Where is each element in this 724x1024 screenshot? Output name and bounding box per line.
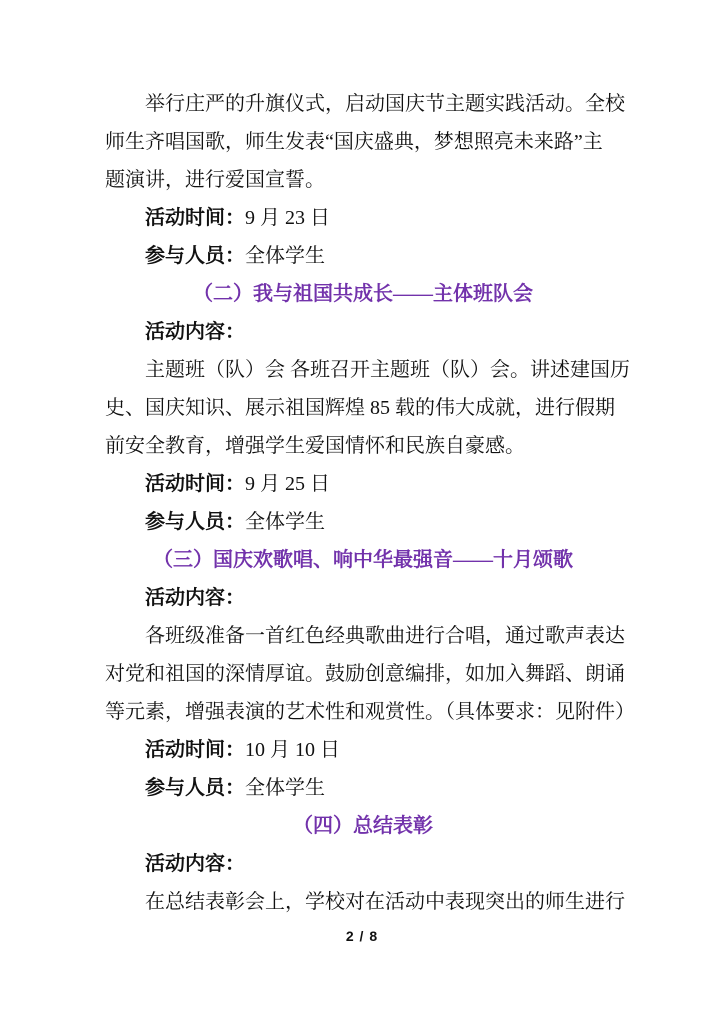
field-label: 活动时间： xyxy=(145,473,245,495)
text-run: 全体学生 xyxy=(245,245,325,267)
text-run: 举行庄严的升旗仪式，启动国庆节主题实践活动。全校 xyxy=(145,93,625,115)
field-line: 活动时间：9 月 25 日 xyxy=(105,465,621,503)
text-run: 全体学生 xyxy=(245,511,325,533)
body-text-line: 对党和祖国的深情厚谊。鼓励创意编排，如加入舞蹈、朗诵 xyxy=(105,655,621,693)
text-run: 10 月 10 日 xyxy=(245,739,340,761)
text-run: 师生齐唱国歌，师生发表“国庆盛典，梦想照亮未来路”主 xyxy=(105,131,603,153)
field-line: 参与人员：全体学生 xyxy=(105,503,621,541)
field-line: 活动时间：9 月 23 日 xyxy=(105,199,621,237)
field-label: 活动内容： xyxy=(145,587,245,609)
text-run: 前安全教育，增强学生爱国情怀和民族自豪感。 xyxy=(105,435,525,457)
field-label: 活动内容： xyxy=(145,321,245,343)
text-run: 主题班（队）会 各班召开主题班（队）会。讲述建国历 xyxy=(145,359,630,381)
field-line: 活动内容： xyxy=(105,845,621,883)
section-heading: （三）国庆欢歌唱、响中华最强音——十月颂歌 xyxy=(105,541,621,579)
text-run: 各班级准备一首红色经典歌曲进行合唱，通过歌声表达 xyxy=(145,625,625,647)
field-line: 参与人员：全体学生 xyxy=(105,237,621,275)
body-text-line: 在总结表彰会上，学校对在活动中表现突出的师生进行 xyxy=(105,883,621,921)
text-run: 在总结表彰会上，学校对在活动中表现突出的师生进行 xyxy=(145,891,625,913)
text-run: 9 月 23 日 xyxy=(245,207,330,229)
body-text-line: 等元素，增强表演的艺术性和观赏性。（具体要求：见附件） xyxy=(105,693,621,731)
field-label: 参与人员： xyxy=(145,245,245,267)
field-label: 活动时间： xyxy=(145,207,245,229)
text-run: （三）国庆欢歌唱、响中华最强音——十月颂歌 xyxy=(153,549,573,571)
field-label: 活动时间： xyxy=(145,739,245,761)
document-page: 举行庄严的升旗仪式，启动国庆节主题实践活动。全校师生齐唱国歌，师生发表“国庆盛典… xyxy=(0,0,724,1024)
field-line: 活动时间：10 月 10 日 xyxy=(105,731,621,769)
body-text-line: 举行庄严的升旗仪式，启动国庆节主题实践活动。全校 xyxy=(105,85,621,123)
field-line: 活动内容： xyxy=(105,579,621,617)
section-heading: （二）我与祖国共成长——主体班队会 xyxy=(105,275,621,313)
page-number: 2 / 8 xyxy=(0,928,724,944)
text-run: 对党和祖国的深情厚谊。鼓励创意编排，如加入舞蹈、朗诵 xyxy=(105,663,625,685)
text-run: 全体学生 xyxy=(245,777,325,799)
document-content: 举行庄严的升旗仪式，启动国庆节主题实践活动。全校师生齐唱国歌，师生发表“国庆盛典… xyxy=(105,85,621,921)
text-run: 题演讲，进行爱国宣誓。 xyxy=(105,169,325,191)
text-run: 9 月 25 日 xyxy=(245,473,330,495)
text-run: 等元素，增强表演的艺术性和观赏性。（具体要求：见附件） xyxy=(105,701,635,723)
field-line: 活动内容： xyxy=(105,313,621,351)
field-label: 参与人员： xyxy=(145,511,245,533)
body-text-line: 师生齐唱国歌，师生发表“国庆盛典，梦想照亮未来路”主 xyxy=(105,123,621,161)
field-line: 参与人员：全体学生 xyxy=(105,769,621,807)
text-run: （四）总结表彰 xyxy=(293,815,433,837)
body-text-line: 题演讲，进行爱国宣誓。 xyxy=(105,161,621,199)
body-text-line: 前安全教育，增强学生爱国情怀和民族自豪感。 xyxy=(105,427,621,465)
field-label: 参与人员： xyxy=(145,777,245,799)
section-heading: （四）总结表彰 xyxy=(105,807,621,845)
body-text-line: 主题班（队）会 各班召开主题班（队）会。讲述建国历 xyxy=(105,351,621,389)
text-run: （二）我与祖国共成长——主体班队会 xyxy=(193,283,533,305)
text-run: 史、国庆知识、展示祖国辉煌 85 载的伟大成就，进行假期 xyxy=(105,397,615,419)
body-text-line: 史、国庆知识、展示祖国辉煌 85 载的伟大成就，进行假期 xyxy=(105,389,621,427)
body-text-line: 各班级准备一首红色经典歌曲进行合唱，通过歌声表达 xyxy=(105,617,621,655)
field-label: 活动内容： xyxy=(145,853,245,875)
